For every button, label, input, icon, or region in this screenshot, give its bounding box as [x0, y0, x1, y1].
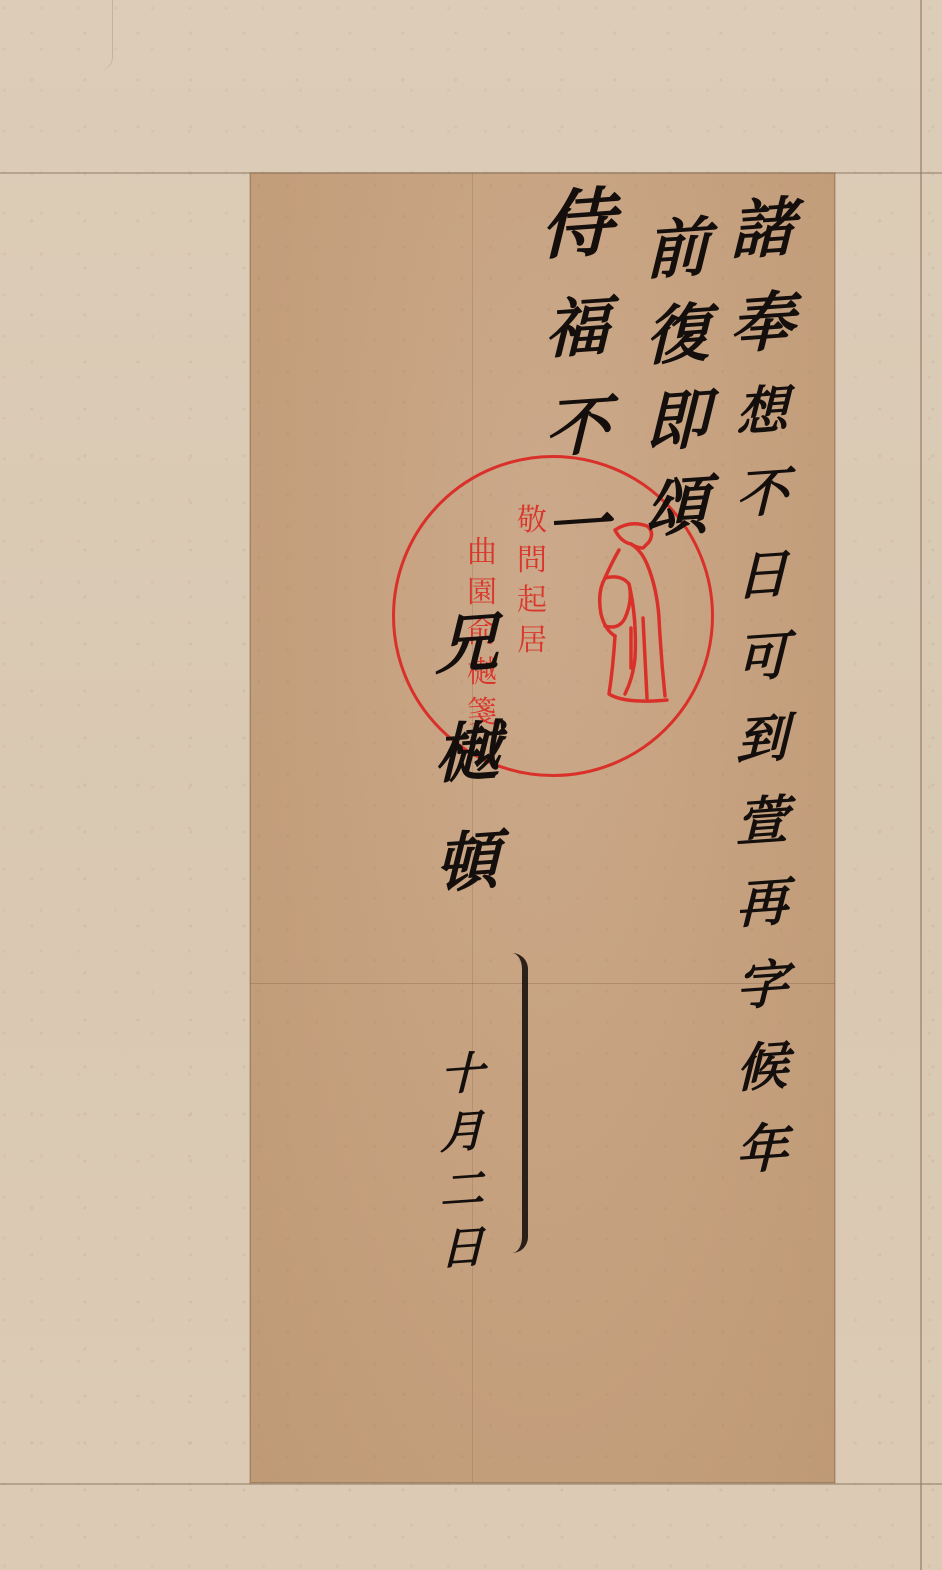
letter-char: 年 — [736, 1122, 788, 1178]
letter-char: 頓 — [435, 829, 499, 897]
brush-stroke-tail — [512, 953, 528, 1253]
letter-char: 二 — [440, 1167, 484, 1214]
seal-char: 居 — [517, 626, 547, 656]
letter-column-3: 侍 福 不 一 — [540, 188, 614, 559]
letter-char: 再 — [736, 876, 788, 932]
letter-char: 不 — [736, 466, 788, 522]
letter-char: 侍 — [540, 185, 614, 264]
letter-char: 奉 — [730, 290, 794, 358]
letter-char: 即 — [645, 388, 709, 456]
letter-char: 日 — [736, 548, 788, 604]
letter-char: 十 — [440, 1051, 484, 1098]
mount-crease — [100, 0, 113, 70]
letter-char: 前 — [645, 216, 709, 284]
letter-char: 一 — [545, 493, 609, 561]
letter-char: 兄 — [435, 611, 499, 679]
seal-char: 園 — [467, 578, 497, 608]
letter-char: 諸 — [730, 196, 794, 264]
seal-char: 曲 — [467, 538, 497, 568]
letter-date: 十 月 二 日 — [440, 1053, 484, 1271]
letter-char: 字 — [736, 958, 788, 1014]
letter-signature: 兄 樾 頓 — [435, 613, 499, 895]
letter-char: 樾 — [435, 720, 499, 788]
letter-column-1: 諸 奉 想 不 日 可 到 萱 再 字 候 年 — [730, 198, 794, 1176]
letter-char: 不 — [545, 394, 609, 462]
letter-column-2: 前 復 即 頌 — [645, 218, 709, 540]
letter-char: 月 — [440, 1109, 484, 1156]
letter-char: 福 — [545, 295, 609, 363]
letter-sheet: 敬 問 起 居 曲 園 俞 樾 箋 諸 奉 想 不 日 可 到 — [250, 173, 835, 1483]
mount-seam-right — [920, 0, 922, 1570]
letter-char: 日 — [440, 1225, 484, 1272]
letter-char: 可 — [736, 630, 788, 686]
letter-char: 頌 — [645, 474, 709, 542]
letter-char: 想 — [736, 384, 788, 440]
seal-char: 起 — [517, 586, 547, 616]
letter-char: 到 — [736, 712, 788, 768]
letter-char: 萱 — [736, 794, 788, 850]
letter-char: 候 — [736, 1040, 788, 1096]
mount-seam-bottom — [0, 1483, 942, 1485]
letter-char: 復 — [645, 302, 709, 370]
